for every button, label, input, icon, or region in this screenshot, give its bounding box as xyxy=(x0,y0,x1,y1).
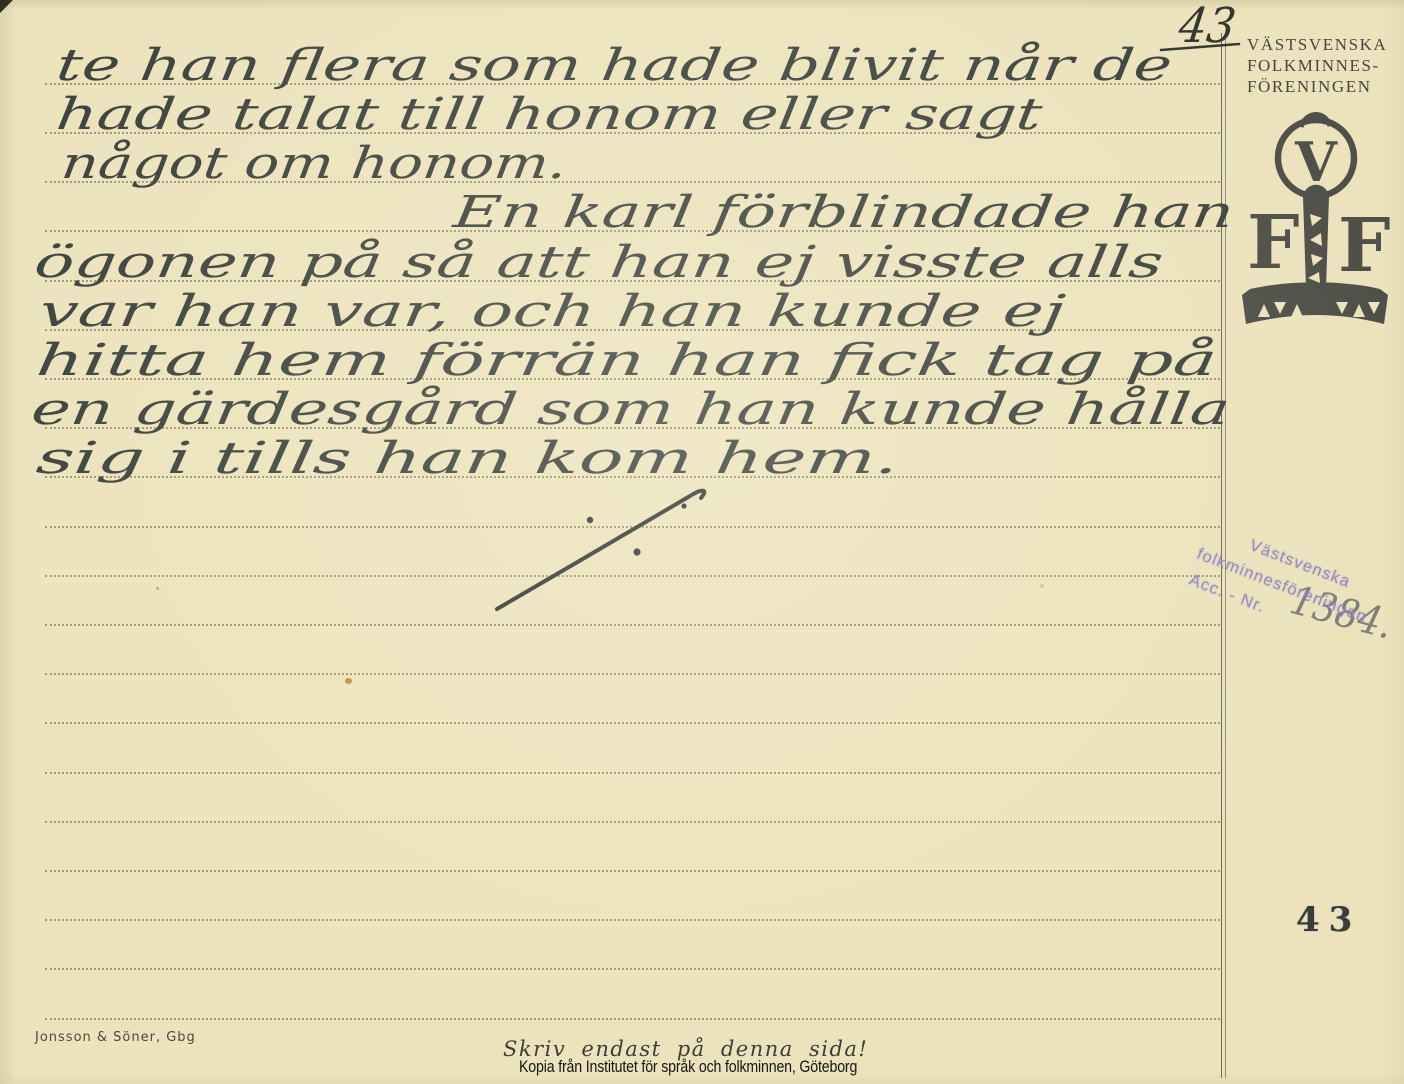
ink-dot xyxy=(633,548,640,555)
manuscript-page: VÄSTSVENSKA FOLKMINNES- FÖRENINGEN 43 te… xyxy=(0,0,1404,1084)
manuscript-line: sig i tills han kom hem. xyxy=(34,433,902,484)
logo-letter-f-right: F xyxy=(1338,203,1391,289)
logo-letter-v: V xyxy=(1294,130,1338,194)
logo-letter-f-left: F xyxy=(1247,200,1300,286)
manuscript-line: hitta hem förrän han fick tag på xyxy=(34,335,1220,386)
ink-dot xyxy=(587,517,593,523)
manuscript-line: En karl förblindade han xyxy=(449,187,1237,238)
manuscript-line: något om honom. xyxy=(59,138,570,189)
manuscript-line: te han flera som hade blivit når de xyxy=(54,40,1175,91)
manuscript-line: ögonen på så att han ej visste alls xyxy=(32,237,1166,288)
ink-layer: 43 te han flera som hade blivit når de h… xyxy=(0,0,1404,1084)
manuscript-line: hade talat till honom eller sagt xyxy=(54,89,1046,140)
ink-dot xyxy=(681,503,686,508)
manuscript-line: var han var, och han kunde ej xyxy=(37,286,1069,337)
vff-logo: V F F xyxy=(1242,114,1391,324)
end-of-text-slash xyxy=(497,491,704,609)
manuscript-line: en gärdesgård som han kunde hålla xyxy=(29,384,1233,435)
